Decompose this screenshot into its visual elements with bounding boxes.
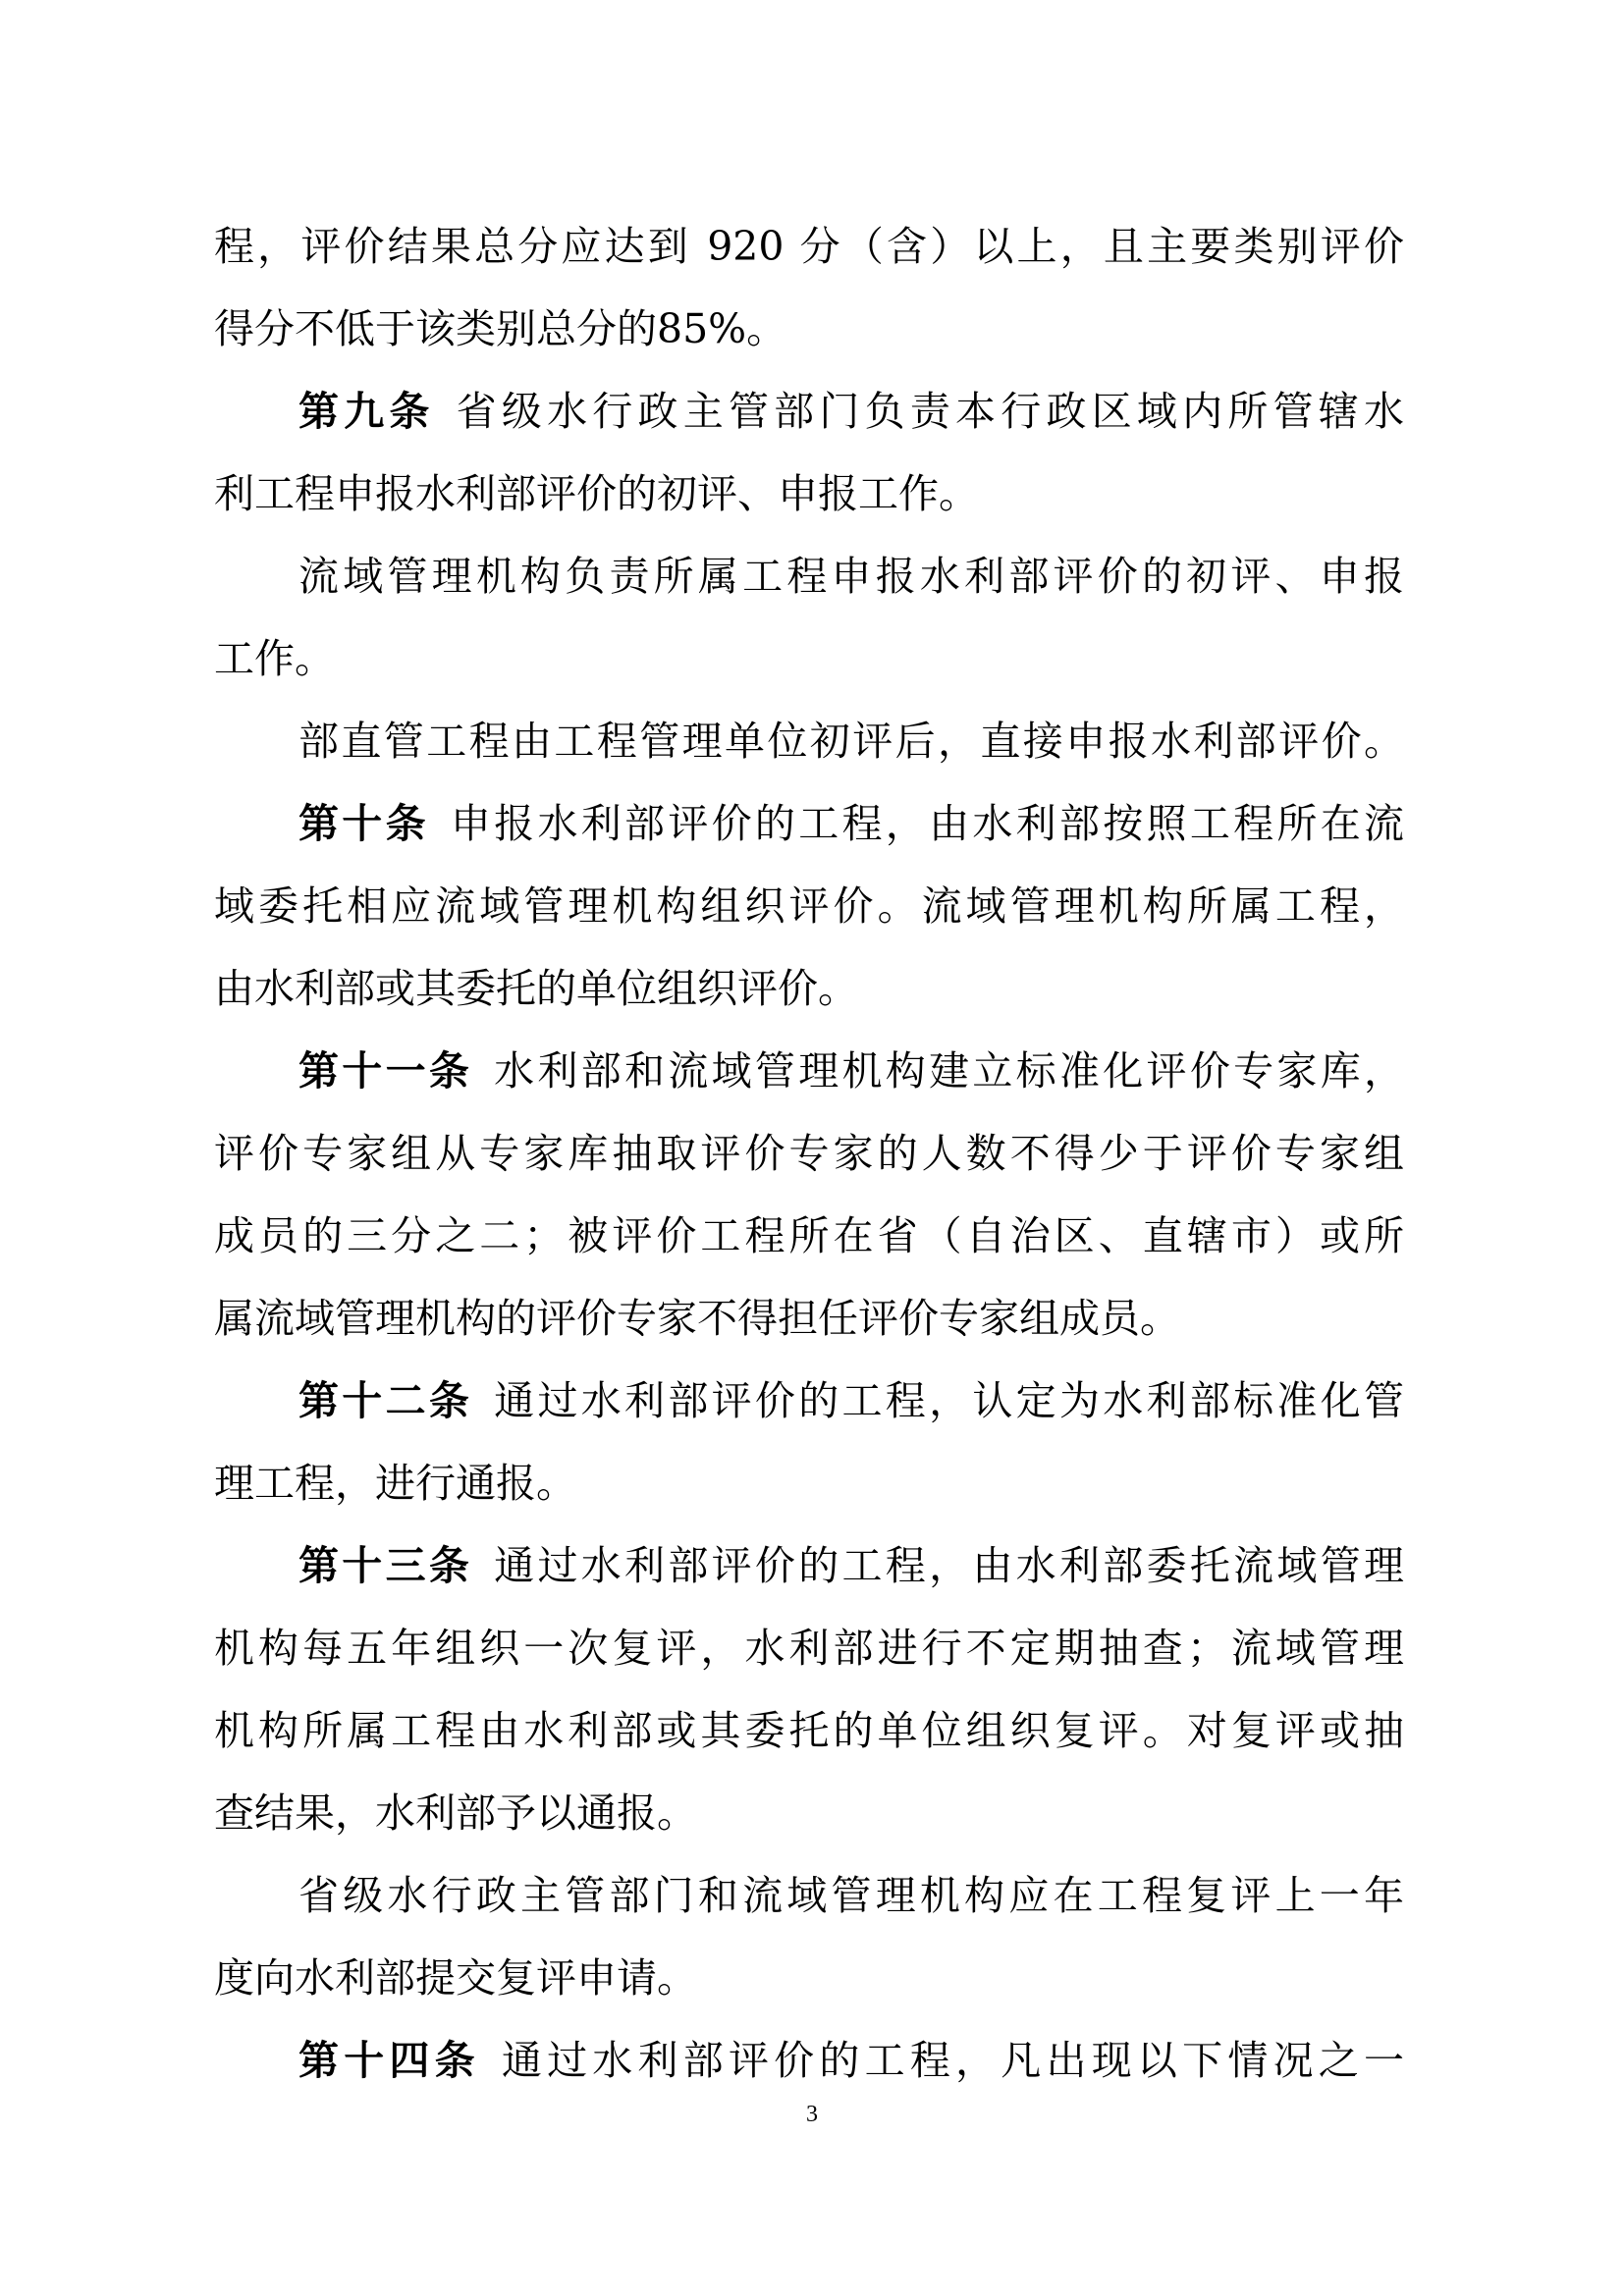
line-text: 通过水利部评价的工程，由水利部委托流域管理: [494, 1542, 1404, 1589]
text-line: 省级水行政主管部门和流域管理机构应在工程复评上一年: [214, 1854, 1404, 1937]
text-line: 机构每五年组织一次复评，水利部进行不定期抽查；流域管理: [214, 1607, 1404, 1689]
line-text: 机构所属工程由水利部或其委托的单位组织复评。对复评或抽: [214, 1707, 1404, 1754]
line-text: 成员的三分之二；被评价工程所在省（自治区、直辖市）或所: [214, 1212, 1404, 1259]
text-line: 部直管工程由工程管理单位初评后，直接申报水利部评价。: [214, 700, 1404, 782]
article-9-line: 第九条省级水行政主管部门负责本行政区域内所管辖水: [214, 370, 1404, 453]
text-line: 评价专家组从专家库抽取评价专家的人数不得少于评价专家组: [214, 1112, 1404, 1195]
article-heading: 第十三条: [298, 1542, 472, 1589]
line-text: 通过水利部评价的工程，认定为水利部标准化管: [494, 1377, 1404, 1424]
text-line: 利工程申报水利部评价的初评、申报工作。: [214, 453, 1404, 535]
line-text: 申报水利部评价的工程，由水利部按照工程所在流: [451, 800, 1404, 847]
text-line: 得分不低于该类别总分的85%。: [214, 288, 1404, 370]
text-line: 属流域管理机构的评价专家不得担任评价专家组成员。: [214, 1277, 1404, 1360]
body-text: 程，评价结果总分应达到 920 分（含）以上，且主要类别评价 得分不低于该类别总…: [214, 205, 1404, 2102]
article-12-line: 第十二条通过水利部评价的工程，认定为水利部标准化管: [214, 1360, 1404, 1442]
article-heading: 第十一条: [298, 1047, 472, 1095]
line-text: 省级水行政主管部门负责本行政区域内所管辖水: [457, 388, 1404, 435]
line-text: 评价专家组从专家库抽取评价专家的人数不得少于评价专家组: [214, 1130, 1404, 1177]
text-line: 机构所属工程由水利部或其委托的单位组织复评。对复评或抽: [214, 1689, 1404, 1772]
text-line: 由水利部或其委托的单位组织评价。: [214, 947, 1404, 1030]
line-text: 部直管工程由工程管理单位初评后，直接申报水利部评价。: [298, 718, 1404, 765]
text-line: 域委托相应流域管理机构组织评价。流域管理机构所属工程，: [214, 865, 1404, 947]
line-text: 省级水行政主管部门和流域管理机构应在工程复评上一年: [298, 1872, 1404, 1919]
line-text: 域委托相应流域管理机构组织评价。流域管理机构所属工程，: [214, 882, 1404, 930]
text-line: 程，评价结果总分应达到 920 分（含）以上，且主要类别评价: [214, 205, 1404, 288]
text-line: 工作。: [214, 617, 1404, 700]
line-text: 度向水利部提交复评申请。: [214, 1954, 697, 2002]
article-13-line: 第十三条通过水利部评价的工程，由水利部委托流域管理: [214, 1524, 1404, 1607]
article-14-line: 第十四条通过水利部评价的工程，凡出现以下情况之一: [214, 2019, 1404, 2102]
article-heading: 第九条: [298, 388, 435, 435]
text-line: 度向水利部提交复评申请。: [214, 1937, 1404, 2019]
line-text: 机构每五年组织一次复评，水利部进行不定期抽查；流域管理: [214, 1625, 1404, 1672]
text-line: 理工程，进行通报。: [214, 1442, 1404, 1524]
article-heading: 第十二条: [298, 1377, 472, 1424]
article-heading: 第十条: [298, 800, 429, 847]
page-number: 3: [0, 2101, 1624, 2128]
line-text: 工作。: [214, 635, 335, 682]
line-text: 理工程，进行通报。: [214, 1460, 576, 1507]
document-page: 程，评价结果总分应达到 920 分（含）以上，且主要类别评价 得分不低于该类别总…: [0, 0, 1624, 2296]
line-text: 程，评价结果总分应达到 920 分（含）以上，且主要类别评价: [214, 223, 1404, 270]
line-text: 流域管理机构负责所属工程申报水利部评价的初评、申报: [298, 553, 1404, 600]
line-text: 通过水利部评价的工程，凡出现以下情况之一: [502, 2037, 1404, 2084]
text-line: 流域管理机构负责所属工程申报水利部评价的初评、申报: [214, 535, 1404, 617]
line-text: 利工程申报水利部评价的初评、申报工作。: [214, 470, 979, 517]
text-line: 成员的三分之二；被评价工程所在省（自治区、直辖市）或所: [214, 1195, 1404, 1277]
article-10-line: 第十条申报水利部评价的工程，由水利部按照工程所在流: [214, 782, 1404, 865]
text-line: 查结果，水利部予以通报。: [214, 1772, 1404, 1854]
article-11-line: 第十一条水利部和流域管理机构建立标准化评价专家库，: [214, 1030, 1404, 1112]
article-heading: 第十四条: [298, 2037, 480, 2084]
line-text: 水利部和流域管理机构建立标准化评价专家库，: [494, 1047, 1404, 1095]
line-text: 由水利部或其委托的单位组织评价。: [214, 965, 858, 1012]
line-text: 属流域管理机构的评价专家不得担任评价专家组成员。: [214, 1295, 1180, 1342]
line-text: 查结果，水利部予以通报。: [214, 1789, 697, 1837]
line-text: 得分不低于该类别总分的85%。: [214, 305, 786, 352]
